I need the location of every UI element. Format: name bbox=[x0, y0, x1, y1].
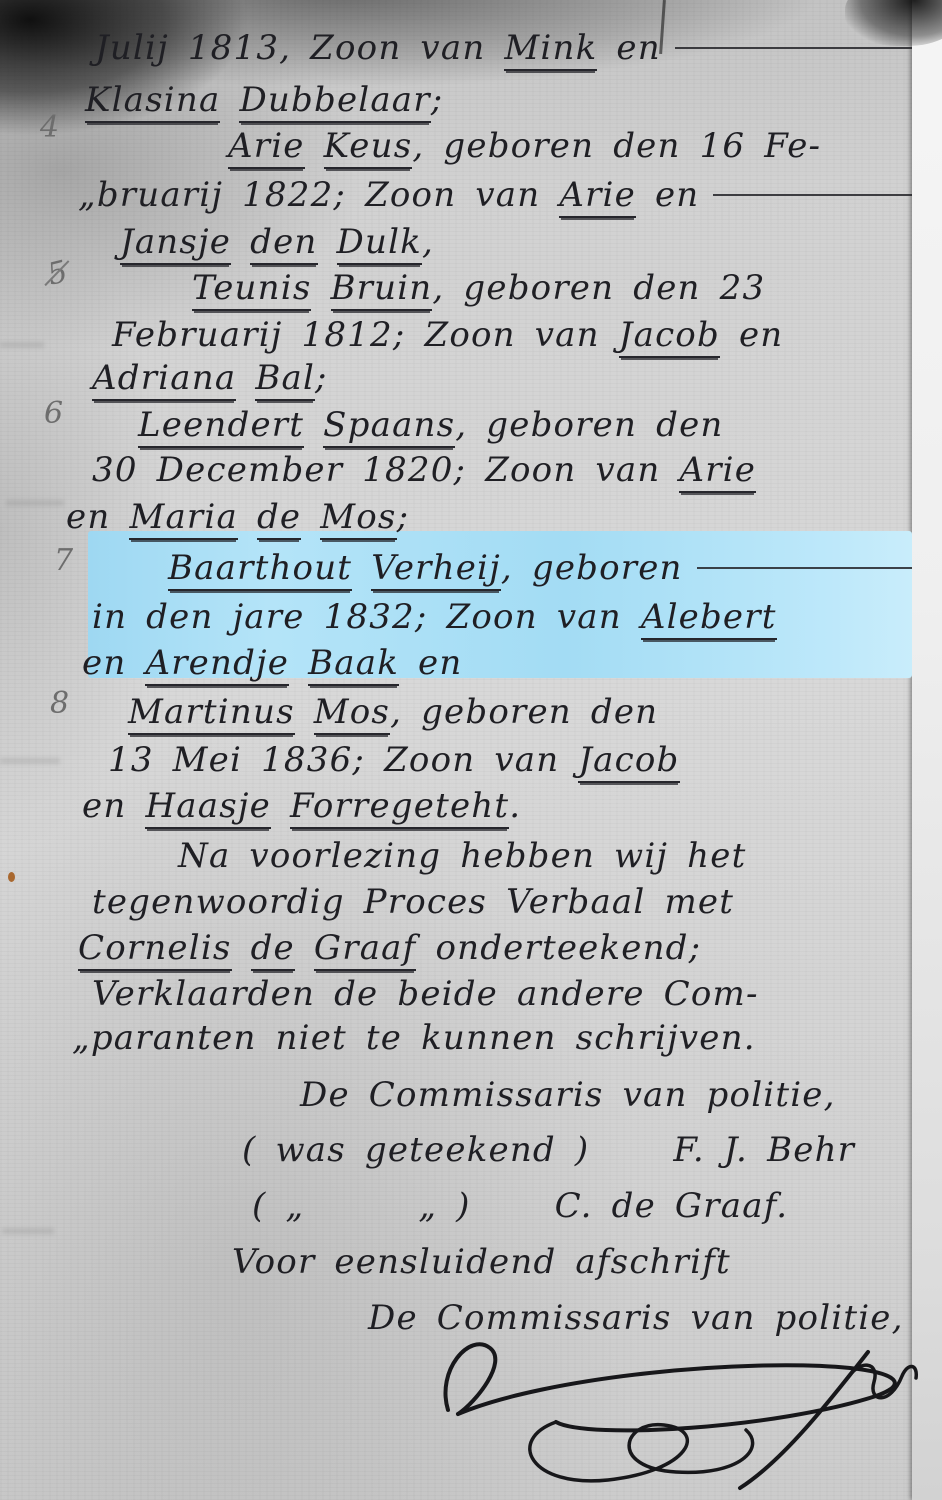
handwritten-line: Klasina Dubbelaar; bbox=[85, 80, 443, 128]
text-segment: F. J. Behr bbox=[673, 1130, 855, 1170]
text-segment: en bbox=[82, 643, 145, 683]
underlined-name: Baak bbox=[308, 643, 399, 686]
text-segment bbox=[295, 692, 314, 732]
text-segment: ( was geteekend ) bbox=[242, 1130, 589, 1170]
text-segment: in den jare 1832; Zoon van bbox=[92, 597, 641, 637]
text-segment bbox=[318, 222, 337, 262]
underlined-name: Bruin bbox=[331, 268, 433, 311]
text-segment: onderteekend; bbox=[416, 928, 701, 968]
text-segment: en bbox=[597, 28, 660, 68]
ink-rule bbox=[697, 567, 912, 569]
text-segment: . bbox=[509, 786, 521, 826]
handwritten-line: De Commissaris van politie, bbox=[300, 1075, 836, 1123]
underlined-name: Arendje bbox=[145, 643, 289, 686]
ink-rule bbox=[675, 47, 912, 49]
text-segment: en bbox=[82, 786, 145, 826]
text-segment bbox=[232, 928, 251, 968]
handwritten-line: 13 Mei 1836; Zoon van Jacob bbox=[108, 740, 680, 788]
underlined-name: Mos bbox=[320, 497, 396, 540]
text-segment: 13 Mei 1836; Zoon van bbox=[108, 740, 578, 780]
underlined-name: Martinus bbox=[128, 692, 295, 735]
text-segment bbox=[352, 548, 371, 588]
handwritten-line: ( „ „ )C. de Graaf. bbox=[252, 1186, 788, 1234]
handwritten-line: „bruarij 1822; Zoon van Arie en bbox=[78, 175, 912, 223]
underlined-name: Haasje bbox=[145, 786, 271, 829]
handwritten-line: Teunis Bruin, geboren den 23 bbox=[192, 268, 765, 316]
underlined-name: Arie bbox=[679, 450, 756, 493]
underlined-name: Jacob bbox=[578, 740, 679, 783]
text-segment bbox=[295, 928, 314, 968]
underlined-name: Teunis bbox=[192, 268, 311, 311]
text-segment: Verklaarden de beide andere Com- bbox=[92, 974, 759, 1014]
text-segment: , geboren den bbox=[390, 692, 658, 732]
text-segment bbox=[238, 497, 257, 537]
underlined-name: Cornelis bbox=[78, 928, 232, 971]
underlined-name: Forregeteht bbox=[290, 786, 509, 829]
underlined-name: de bbox=[257, 497, 301, 540]
entry-number-7: 7 bbox=[54, 543, 73, 578]
handwritten-line: Na voorlezing hebben wij het bbox=[178, 836, 746, 884]
bleedthrough-mark bbox=[6, 500, 64, 506]
underlined-name: Arie bbox=[228, 126, 305, 169]
text-segment: Julij 1813, Zoon van bbox=[95, 28, 504, 68]
handwritten-line: Arie Keus, geboren den 16 Fe- bbox=[228, 126, 821, 174]
signature-flourish bbox=[418, 1318, 928, 1496]
text-segment: en bbox=[399, 643, 462, 683]
text-segment: en bbox=[66, 497, 129, 537]
handwritten-line: Leendert Spaans, geboren den bbox=[138, 405, 724, 453]
text-segment: De Commissaris van politie, bbox=[300, 1075, 836, 1115]
handwritten-line: Julij 1813, Zoon van Mink en bbox=[95, 28, 912, 76]
bleedthrough-mark bbox=[0, 758, 60, 764]
underlined-name: Jansje bbox=[120, 222, 231, 265]
text-segment: en bbox=[720, 315, 783, 355]
entry-number-8: 8 bbox=[50, 686, 69, 721]
underlined-name: de bbox=[251, 928, 295, 971]
underlined-name: Leendert bbox=[138, 405, 304, 448]
underlined-name: Adriana bbox=[92, 358, 236, 401]
text-segment: C. de Graaf. bbox=[555, 1186, 789, 1226]
handwritten-line: Cornelis de Graaf onderteekend; bbox=[78, 928, 701, 976]
entry-number-6: 6 bbox=[44, 396, 63, 431]
underlined-name: Alebert bbox=[641, 597, 777, 640]
text-segment: ; bbox=[397, 497, 410, 537]
text-segment bbox=[304, 405, 323, 445]
handwritten-line: Februarij 1812; Zoon van Jacob en bbox=[112, 315, 783, 363]
ink-rule bbox=[713, 194, 912, 196]
text-segment bbox=[289, 643, 308, 683]
underlined-name: Baarthout bbox=[168, 548, 352, 591]
handwritten-line: ( was geteekend )F. J. Behr bbox=[242, 1130, 855, 1178]
text-segment: Februarij 1812; Zoon van bbox=[112, 315, 619, 355]
underlined-name: Arie bbox=[559, 175, 636, 218]
handwritten-line-highlighted: in den jare 1832; Zoon van Alebert bbox=[92, 597, 777, 645]
handwritten-line: en Maria de Mos; bbox=[66, 497, 409, 545]
underlined-name: Graaf bbox=[314, 928, 417, 971]
underlined-name: Klasina bbox=[85, 80, 220, 123]
document-scan: 4 5 6 7 8 Julij 1813, Zoon van Mink en K… bbox=[0, 0, 942, 1500]
handwritten-line: Jansje den Dulk, bbox=[120, 222, 434, 270]
underlined-name: Keus bbox=[324, 126, 413, 169]
handwritten-line: Adriana Bal; bbox=[92, 358, 328, 406]
underlined-name: Verheij bbox=[371, 548, 501, 591]
text-segment: tegenwoordig Proces Verbaal met bbox=[92, 882, 734, 922]
text-segment bbox=[236, 358, 255, 398]
underlined-name: Mos bbox=[314, 692, 390, 735]
text-segment: , geboren den bbox=[455, 405, 723, 445]
text-segment: , bbox=[422, 222, 434, 262]
text-segment bbox=[301, 497, 320, 537]
text-segment bbox=[231, 222, 250, 262]
text-segment: , geboren bbox=[501, 548, 683, 588]
text-segment: Voor eensluidend afschrift bbox=[232, 1242, 731, 1282]
text-segment bbox=[305, 126, 324, 166]
text-segment: ; bbox=[431, 80, 444, 120]
entry-number-4: 4 bbox=[40, 110, 59, 145]
text-segment: , geboren den 16 Fe- bbox=[412, 126, 821, 166]
text-segment bbox=[311, 268, 330, 308]
text-segment bbox=[271, 786, 290, 826]
handwritten-line: en Haasje Forregeteht. bbox=[82, 786, 521, 834]
underlined-name: Dulk bbox=[337, 222, 422, 265]
handwritten-line: tegenwoordig Proces Verbaal met bbox=[92, 882, 734, 930]
text-segment: „paranten niet te kunnen schrijven. bbox=[72, 1018, 756, 1058]
underlined-name: Maria bbox=[129, 497, 237, 540]
entry-number-5: 5 bbox=[44, 254, 71, 293]
handwritten-line: „paranten niet te kunnen schrijven. bbox=[72, 1018, 756, 1066]
underlined-name: den bbox=[250, 222, 317, 265]
handwritten-line: 30 December 1820; Zoon van Arie bbox=[92, 450, 756, 498]
text-segment: , geboren den 23 bbox=[432, 268, 765, 308]
bleedthrough-mark bbox=[0, 342, 44, 348]
handwritten-line-highlighted: Baarthout Verheij, geboren bbox=[168, 548, 912, 596]
text-segment: „bruarij 1822; Zoon van bbox=[78, 175, 559, 215]
handwritten-line: Voor eensluidend afschrift bbox=[232, 1242, 731, 1290]
text-segment: Na voorlezing hebben wij het bbox=[178, 836, 746, 876]
text-segment: 30 December 1820; Zoon van bbox=[92, 450, 679, 490]
bleedthrough-mark bbox=[2, 1228, 54, 1234]
handwritten-line: Martinus Mos, geboren den bbox=[128, 692, 658, 740]
text-segment bbox=[220, 80, 239, 120]
text-segment: ; bbox=[315, 358, 328, 398]
underlined-name: Dubbelaar bbox=[239, 80, 430, 123]
paper-edge-strip bbox=[912, 0, 942, 1500]
text-segment: ( „ „ ) bbox=[252, 1186, 471, 1226]
underlined-name: Jacob bbox=[619, 315, 720, 358]
underlined-name: Bal bbox=[255, 358, 315, 401]
underlined-name: Mink bbox=[504, 28, 597, 71]
handwritten-line: Verklaarden de beide andere Com- bbox=[92, 974, 759, 1022]
ink-speck bbox=[8, 872, 15, 882]
underlined-name: Spaans bbox=[323, 405, 455, 448]
handwritten-line-highlighted: en Arendje Baak en bbox=[82, 643, 462, 691]
text-segment: en bbox=[636, 175, 699, 215]
